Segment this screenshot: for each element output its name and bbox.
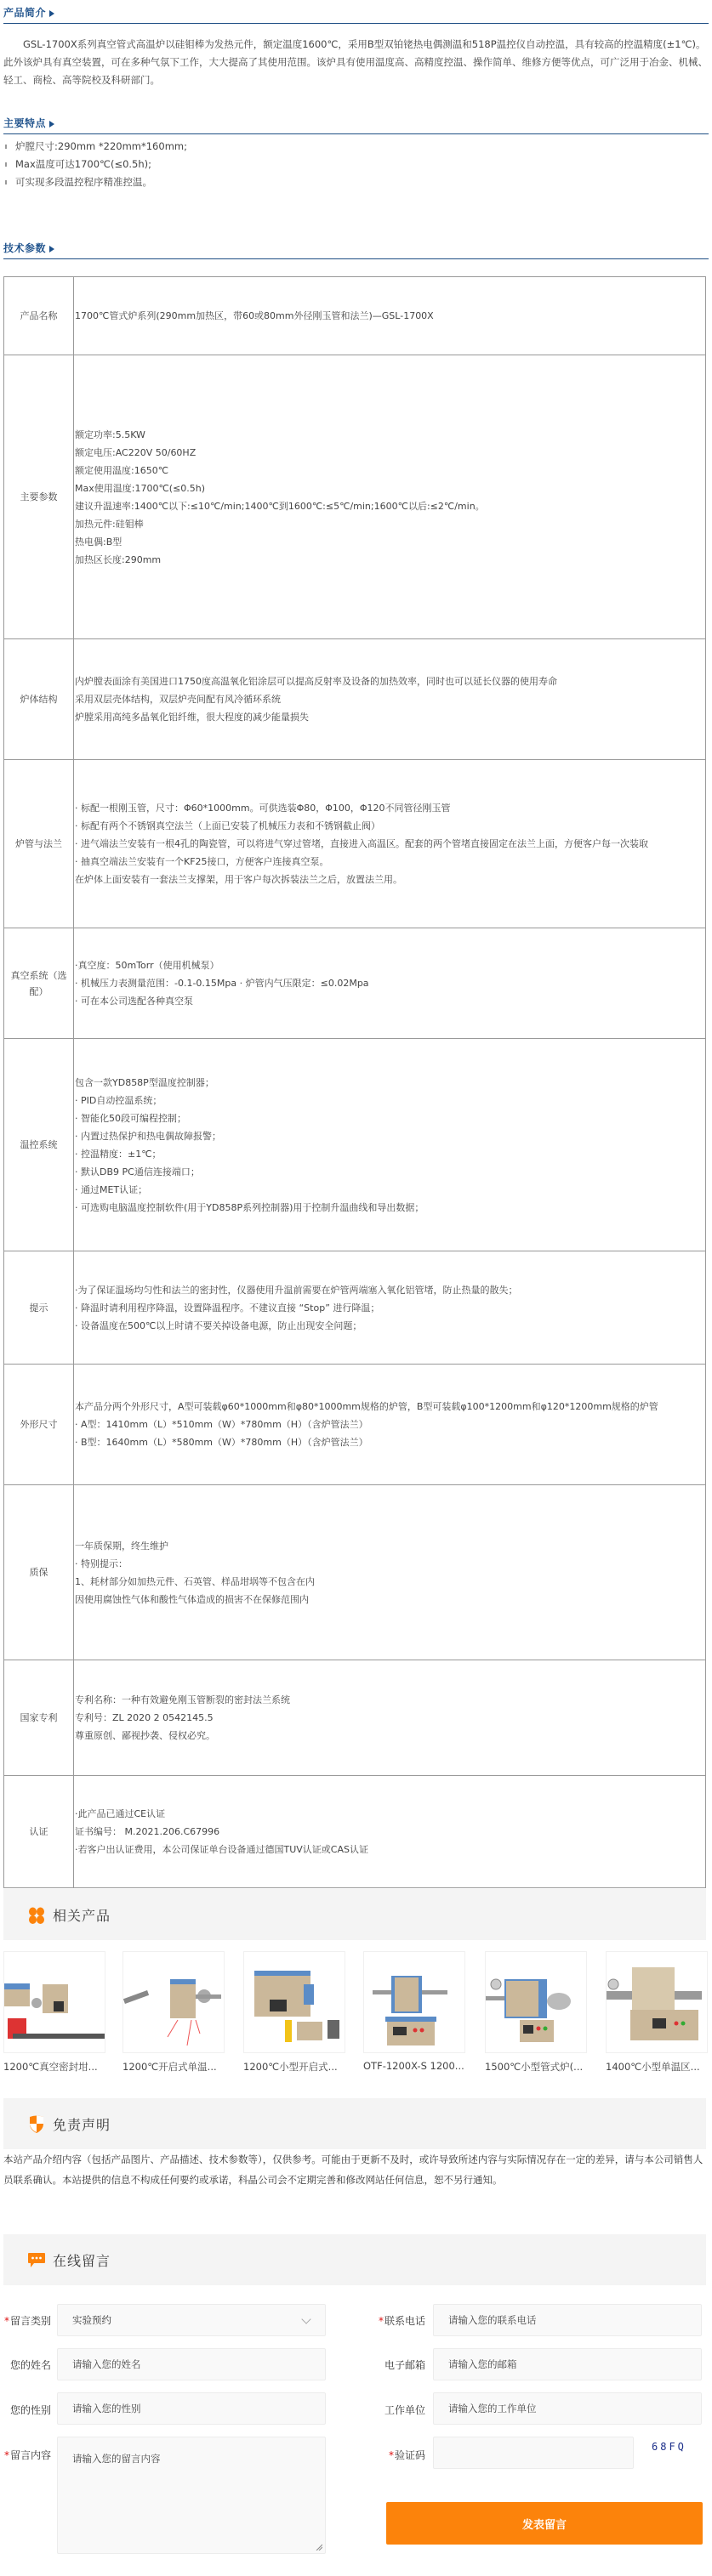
spec-value: 额定功率:5.5KW额定电压:AC220V 50/60HZ额定使用温度:1650… <box>74 355 706 639</box>
spec-key: 认证 <box>4 1776 74 1888</box>
product-name[interactable]: 1200℃小型开启式... <box>243 2060 352 2074</box>
spec-key: 温控系统 <box>4 1039 74 1251</box>
spec-value: 内炉膛表面涂有美国进口1750度高温氧化铝涂层可以提高反射率及设备的加热效率，同… <box>74 639 706 760</box>
spec-key: 炉体结构 <box>4 639 74 760</box>
spec-line: · 标配一根刚玉管，尺寸：Φ60*1000mm。可供选装Φ80，Φ100，Φ12… <box>75 799 705 817</box>
spec-value: ·为了保证温场均匀性和法兰的密封性，仪器使用升温前需要在炉管两端塞入氧化铝管堵，… <box>74 1251 706 1365</box>
spec-table: 产品名称1700℃管式炉系列(290mm加热区，带60或80mm外径刚玉管和法兰… <box>3 276 706 1888</box>
spec-key: 炉管与法兰 <box>4 760 74 928</box>
section-title: 产品简介 <box>3 7 46 19</box>
feature-item: 炉膛尺寸:290mm *220mm*160mm; <box>3 138 187 156</box>
spec-line: · 默认DB9 PC通信连接端口； <box>75 1163 705 1181</box>
spec-line: ·为了保证温场均匀性和法兰的密封性，仪器使用升温前需要在炉管两端塞入氧化铝管堵，… <box>75 1281 705 1299</box>
spec-row: 国家专利专利名称：一种有效避免刚玉管断裂的密封法兰系统专利号：ZL 2020 2… <box>4 1660 706 1776</box>
company-label: 工作单位 <box>374 2403 425 2417</box>
product-name[interactable]: OTF-1200X-S 1200... <box>363 2060 472 2072</box>
spec-line: · 内置过热保护和热电偶故障报警； <box>75 1127 705 1145</box>
product-card[interactable]: OTF-1200X-S 1200... <box>363 1951 465 2079</box>
shield-icon <box>27 2114 46 2133</box>
spec-key: 产品名称 <box>4 277 74 355</box>
spec-row: 外形尺寸本产品分两个外形尺寸，A型可装载φ60*1000mm和φ80*1000m… <box>4 1365 706 1485</box>
section-title: 主要特点 <box>3 117 46 129</box>
spec-row: 温控系统包含一款YD858P型温度控制器；· PID自动控温系统；· 智能化50… <box>4 1039 706 1251</box>
triangle-right-icon <box>49 246 54 252</box>
spec-key: 质保 <box>4 1485 74 1660</box>
disclaimer-text: 本站产品介绍内容（包括产品图片、产品描述、技术参数等），仅供参考。可能由于更新不… <box>3 2149 709 2190</box>
product-image[interactable] <box>363 1951 465 2053</box>
spec-value: 专利名称：一种有效避免刚玉管断裂的密封法兰系统专利号：ZL 2020 2 054… <box>74 1660 706 1776</box>
spec-line: 1700℃管式炉系列(290mm加热区，带60或80mm外径刚玉管和法兰)—GS… <box>75 307 705 325</box>
spec-key: 外形尺寸 <box>4 1365 74 1485</box>
section-header-features: 主要特点 <box>3 111 709 134</box>
spec-line: Max使用温度:1700℃(≤0.5h) <box>75 479 705 497</box>
email-label: 电子邮箱 <box>374 2358 425 2372</box>
spec-line: 额定使用温度:1650℃ <box>75 462 705 479</box>
spec-line: ·若客户出认证费用，本公司保证单台设备通过德国TUV认证或CAS认证 <box>75 1841 705 1858</box>
section-header-specs: 技术参数 <box>3 235 709 259</box>
spec-value: ·此产品已通过CE认证 证书编号： M.2021.206.C67996·若客户出… <box>74 1776 706 1888</box>
spec-line: 在炉体上面安装有一套法兰支撑架，用于客户每次拆装法兰之后，放置法兰用。 <box>75 871 705 888</box>
product-name[interactable]: 1200℃开启式单温... <box>122 2060 231 2074</box>
spec-row: 炉管与法兰· 标配一根刚玉管，尺寸：Φ60*1000mm。可供选装Φ80，Φ10… <box>4 760 706 928</box>
spec-value: · 标配一根刚玉管，尺寸：Φ60*1000mm。可供选装Φ80，Φ100，Φ12… <box>74 760 706 928</box>
product-card[interactable]: 1400℃小型单温区... <box>606 1951 708 2079</box>
product-card[interactable]: 1500℃小型管式炉(... <box>485 1951 587 2079</box>
spec-line: · 可在本公司选配各种真空泵 <box>75 992 705 1010</box>
product-card[interactable]: 1200℃开启式单温... <box>122 1951 225 2079</box>
product-image[interactable] <box>243 1951 345 2053</box>
spec-line: · 抽真空端法兰安装有一个KF25接口，方便客户连接真空泵。 <box>75 853 705 871</box>
related-products-header: 相关产品 <box>3 1889 706 1940</box>
spec-line: ·真空度：50mTorr（使用机械泵） <box>75 956 705 974</box>
product-name[interactable]: 1400℃小型单温区... <box>606 2060 709 2074</box>
phone-label: *联系电话 <box>374 2313 425 2328</box>
spec-line: 加热元件:硅钼棒 <box>75 515 705 533</box>
disclaimer-header: 免责声明 <box>3 2098 706 2149</box>
section-header-intro: 产品简介 <box>3 0 709 24</box>
spec-line: · 进气端法兰安装有一根4孔的陶瓷管，可以将进气穿过管堵，直接进入高温区。配套的… <box>75 835 705 853</box>
content-textarea[interactable]: 请输入您的留言内容 <box>57 2437 326 2554</box>
spec-line: 热电偶:B型 <box>75 533 705 551</box>
spec-row: 提示·为了保证温场均匀性和法兰的密封性，仪器使用升温前需要在炉管两端塞入氧化铝管… <box>4 1251 706 1365</box>
spec-row: 真空系统（选配）·真空度：50mTorr（使用机械泵）· 机械压力表测量范围：-… <box>4 928 706 1039</box>
category-selected-value: 实验预约 <box>72 2313 111 2327</box>
spec-row: 炉体结构内炉膛表面涂有美国进口1750度高温氧化铝涂层可以提高反射率及设备的加热… <box>4 639 706 760</box>
product-name[interactable]: 1200℃真空密封坩... <box>3 2060 112 2074</box>
clover-icon <box>27 1906 46 1925</box>
spec-row: 认证·此产品已通过CE认证 证书编号： M.2021.206.C67996·若客… <box>4 1776 706 1888</box>
spec-line: 加热区长度:290mm <box>75 551 705 569</box>
spec-row: 主要参数额定功率:5.5KW额定电压:AC220V 50/60HZ额定使用温度:… <box>4 355 706 639</box>
captcha-input[interactable] <box>433 2437 634 2469</box>
spec-line: 炉膛采用高纯多晶氧化铝纤维，很大程度的减少能量损失 <box>75 708 705 726</box>
product-image[interactable] <box>3 1951 105 2053</box>
resize-handle-icon[interactable] <box>316 2544 322 2550</box>
section-title: 技术参数 <box>3 242 46 254</box>
phone-input[interactable]: 请输入您的联系电话 <box>433 2304 702 2336</box>
product-image[interactable] <box>485 1951 587 2053</box>
section-title: 在线留言 <box>53 2250 111 2270</box>
spec-key: 国家专利 <box>4 1660 74 1776</box>
required-asterisk: * <box>379 2315 384 2327</box>
features-list: 炉膛尺寸:290mm *220mm*160mm; Max温度可达1700℃(≤0… <box>3 138 187 191</box>
product-name[interactable]: 1500℃小型管式炉(... <box>485 2060 594 2074</box>
spec-line: · 设备温度在500℃以上时请不要关掉设备电源，防止出现安全问题； <box>75 1317 705 1335</box>
spec-line: · 控温精度：±1℃； <box>75 1145 705 1163</box>
spec-line: 额定电压:AC220V 50/60HZ <box>75 444 705 462</box>
spec-line: · 降温时请利用程序降温，设置降温程序。不建议直接 “Stop” 进行降温； <box>75 1299 705 1317</box>
spec-line: 额定功率:5.5KW <box>75 426 705 444</box>
spec-line: · 机械压力表测量范围：-0.1-0.15Mpa · 炉管内气压限定：≤0.02… <box>75 974 705 992</box>
spec-line: 本产品分两个外形尺寸，A型可装载φ60*1000mm和φ80*1000mm规格的… <box>75 1398 705 1416</box>
required-asterisk: * <box>4 2315 9 2327</box>
spec-key: 真空系统（选配） <box>4 928 74 1039</box>
spec-line: · PID自动控温系统； <box>75 1092 705 1109</box>
feature-item: Max温度可达1700℃(≤0.5h); <box>3 156 187 173</box>
company-input[interactable]: 请输入您的工作单位 <box>433 2392 702 2425</box>
spec-line: · 特别提示： <box>75 1555 705 1573</box>
gender-input[interactable]: 请输入您的性别 <box>57 2392 326 2425</box>
spec-line: · 标配有两个不锈钢真空法兰（上面已安装了机械压力表和不锈钢截止阀） <box>75 817 705 835</box>
spec-row: 质保一年质保期，终生维护· 特别提示：1、耗材部分如加热元件、石英管、样品坩埚等… <box>4 1485 706 1660</box>
spec-line: 内炉膛表面涂有美国进口1750度高温氧化铝涂层可以提高反射率及设备的加热效率，同… <box>75 672 705 690</box>
name-label: 您的姓名 <box>0 2358 51 2372</box>
spec-value: 本产品分两个外形尺寸，A型可装载φ60*1000mm和φ80*1000mm规格的… <box>74 1365 706 1485</box>
spec-line: 一年质保期，终生维护 <box>75 1537 705 1555</box>
chevron-down-icon <box>301 2314 310 2324</box>
product-card[interactable]: 1200℃小型开启式... <box>243 1951 345 2079</box>
feature-item: 可实现多段温控程序精准控温。 <box>3 173 187 191</box>
spec-line: 建议升温速率:1400℃以下:≤10℃/min;1400℃到1600℃:≤5℃/… <box>75 497 705 515</box>
spec-value: 一年质保期，终生维护· 特别提示：1、耗材部分如加热元件、石英管、样品坩埚等不包… <box>74 1485 706 1660</box>
spec-value: 1700℃管式炉系列(290mm加热区，带60或80mm外径刚玉管和法兰)—GS… <box>74 277 706 355</box>
spec-key: 主要参数 <box>4 355 74 639</box>
section-title: 相关产品 <box>53 1905 111 1925</box>
spec-line: ·此产品已通过CE认证 <box>75 1805 705 1823</box>
message-header: 在线留言 <box>3 2234 706 2285</box>
triangle-right-icon <box>49 10 54 17</box>
product-card[interactable]: 1200℃真空密封坩... <box>3 1951 105 2079</box>
spec-line: · 智能化50段可编程控制； <box>75 1109 705 1127</box>
spec-line: · 可选购电脑温度控制软件(用于YD858P系列控制器)用于控制升温曲线和导出数… <box>75 1199 705 1217</box>
email-input[interactable]: 请输入您的邮箱 <box>433 2348 702 2380</box>
spec-row: 产品名称1700℃管式炉系列(290mm加热区，带60或80mm外径刚玉管和法兰… <box>4 277 706 355</box>
triangle-right-icon <box>49 121 54 128</box>
product-image[interactable] <box>122 1951 225 2053</box>
spec-line: · A型：1410mm（L）*510mm（W）*780mm（H）（含炉管法兰） <box>75 1416 705 1433</box>
content-label: *留言内容 <box>0 2448 51 2462</box>
chat-bubble-icon <box>27 2251 46 2270</box>
required-asterisk: * <box>389 2449 394 2461</box>
spec-line: 专利名称：一种有效避免刚玉管断裂的密封法兰系统 <box>75 1691 705 1709</box>
intro-paragraph: GSL-1700X系列真空管式高温炉以硅钼棒为发热元件，额定温度1600℃，采用… <box>3 36 709 89</box>
required-asterisk: * <box>4 2449 9 2461</box>
category-label: *留言类别 <box>0 2313 51 2328</box>
captcha-image[interactable]: 68FQ <box>652 2441 686 2453</box>
product-image[interactable] <box>606 1951 708 2053</box>
name-input[interactable]: 请输入您的姓名 <box>57 2348 326 2380</box>
section-title: 免责声明 <box>53 2114 111 2134</box>
gender-label: 您的性别 <box>0 2403 51 2417</box>
spec-line: 尊重原创、鄙视抄袭、侵权必究。 <box>75 1727 705 1745</box>
spec-line: 专利号：ZL 2020 2 0542145.5 <box>75 1709 705 1727</box>
submit-message-button[interactable]: 发表留言 <box>386 2502 703 2545</box>
spec-line: 证书编号： M.2021.206.C67996 <box>75 1823 705 1841</box>
category-select[interactable]: 实验预约 <box>57 2304 326 2336</box>
spec-value: 包含一款YD858P型温度控制器；· PID自动控温系统；· 智能化50段可编程… <box>74 1039 706 1251</box>
spec-key: 提示 <box>4 1251 74 1365</box>
spec-value: ·真空度：50mTorr（使用机械泵）· 机械压力表测量范围：-0.1-0.15… <box>74 928 706 1039</box>
related-products-carousel[interactable]: 1200℃真空密封坩... 1200℃开启式单温... 1200℃小型开启式..… <box>3 1951 709 2079</box>
spec-line: 1、耗材部分如加热元件、石英管、样品坩埚等不包含在内 <box>75 1573 705 1591</box>
spec-line: · 通过MET认证； <box>75 1181 705 1199</box>
captcha-label: *验证码 <box>374 2448 425 2462</box>
spec-line: 因使用腐蚀性气体和酸性气体造成的损害不在保修范围内 <box>75 1591 705 1609</box>
spec-line: 采用双层壳体结构，双层炉壳间配有风冷循环系统 <box>75 690 705 708</box>
spec-line: 包含一款YD858P型温度控制器； <box>75 1074 705 1092</box>
spec-line: · B型：1640mm（L）*580mm（W）*780mm（H）（含炉管法兰） <box>75 1433 705 1451</box>
